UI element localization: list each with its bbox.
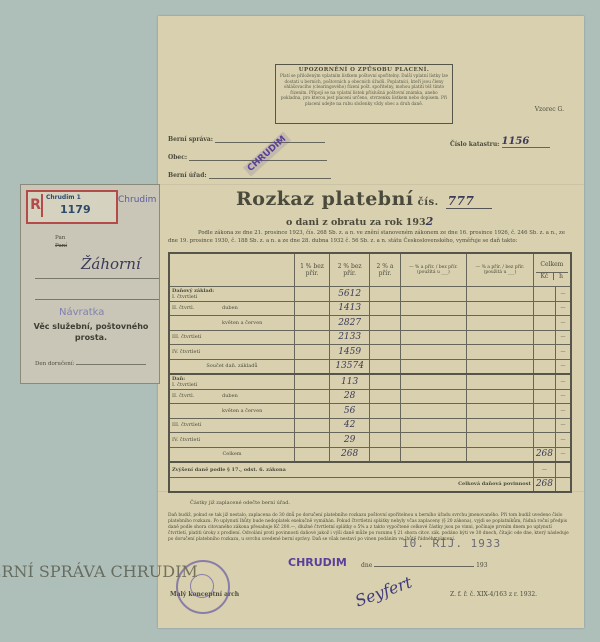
berni-sprava-field: Berní správa: (168, 136, 325, 143)
header-other-rate-1: — % a přír. / bez přír. (použitá u ___) (400, 253, 467, 287)
celkova-label: Celková daňová povinnost (458, 481, 531, 487)
h-dash: — (556, 330, 572, 345)
row-label: Součet daň. základů (169, 359, 295, 374)
row-sublabel: květen a červen (222, 408, 262, 414)
zvyseni-value: — (533, 462, 555, 477)
h-dash: — (556, 359, 572, 374)
header-blank (169, 253, 295, 287)
number-label: čís. (418, 197, 439, 208)
header-total: Celkem Kč h (533, 253, 571, 287)
registered-r-icon: R (30, 194, 43, 217)
row-sublabel: duben (222, 393, 238, 399)
zvyseni-label: Zvýšení daně podle § 17., odst. 6. zákon… (172, 467, 286, 473)
header-h: h (553, 273, 568, 280)
year-suffix: 193 (476, 562, 487, 569)
tax-assessment-table: 1 % bez přír. 2 % bez přír. 2 % a přír. … (168, 252, 572, 493)
registered-place: Chrudim 1 (46, 194, 81, 201)
registered-number: 1179 (60, 203, 91, 216)
tax-payment-order-sheet: UPOZORNĚNÍ O ZPŮSOBU PLACENÍ. Platí se p… (158, 16, 584, 628)
dne-label: dne (361, 562, 372, 569)
celkova-value: 268 (533, 477, 555, 492)
round-stamp-text: BERNÍ SPRÁVA CHRUDIM (0, 562, 198, 581)
row-label: I. čtvrtletí (172, 382, 197, 388)
table-row: Daňový základ:I. čtvrtletí 5612— (169, 287, 571, 302)
row-label: II. čtvrtl. (172, 393, 222, 399)
row-label: Celkem (169, 447, 295, 462)
header-other-rate-2: — % a přír. / bez přír. (použitá u ___) (467, 253, 534, 287)
table-row: květen a červen 56— (169, 404, 571, 419)
header-2pct: 2 % bez přír. (330, 253, 370, 287)
table-row: Celková daňová povinnost 268 (169, 477, 571, 492)
table-row: II. čtvrtl.duben 28— (169, 389, 571, 404)
subtitle-text: o dani z obratu za rok 193 (286, 217, 426, 228)
delivery-date-field: Den doručení: (35, 361, 146, 367)
h-dash: — (556, 418, 572, 433)
zaklad-sum-value: 13574 (330, 359, 370, 374)
dan-q3-value: 42 (330, 418, 370, 433)
row-label: II. čtvrtl. (172, 305, 222, 311)
payment-method-notice: UPOZORNĚNÍ O ZPŮSOBU PLACENÍ. Platí se p… (275, 64, 453, 124)
pani-label: Paní (55, 243, 67, 249)
header-total-label: Celkem (536, 261, 568, 268)
dan-q1-value: 113 (330, 374, 370, 389)
zaklad-q1-value: 5612 (330, 287, 370, 302)
table-row: IV. čtvrtletí 1459— (169, 345, 571, 360)
form-model-label: Vzorec G. (535, 106, 564, 113)
registered-label: R Chrudim 1 1179 (26, 190, 118, 224)
zaklad-q2-april-value: 1413 (330, 301, 370, 316)
dan-q2-april-value: 28 (330, 389, 370, 404)
row-label: III. čtvrtletí (169, 418, 295, 433)
berni-sprava-label: Berní správa: (168, 136, 213, 143)
header-2pct-pir: 2 % a přír. (370, 253, 400, 287)
date-line: dne 193 (361, 562, 488, 569)
date-stamp: 10. ŘÍJ. 1933 (402, 537, 501, 550)
h-dash: — (556, 345, 572, 360)
obec-label: Obec: (168, 154, 187, 161)
table-row: Daň:I. čtvrtletí 113— (169, 374, 571, 389)
zaklad-q4-value: 1459 (330, 345, 370, 360)
zaklad-q2-may-june-value: 2827 (330, 316, 370, 331)
table-row: IV. čtvrtletí 29— (169, 433, 571, 448)
cislo-katastru-value: 1156 (502, 136, 550, 148)
cislo-katastru-label: Číslo katastru: (450, 141, 499, 148)
table-row: Zvýšení daně podle § 17., odst. 6. zákon… (169, 462, 571, 477)
return-receipt-slip: R Chrudim 1 1179 Chrudim Pan Paní Žáhorn… (20, 184, 160, 384)
order-number: 777 (446, 194, 493, 209)
row-label: I. čtvrtletí (172, 294, 197, 300)
divider (35, 299, 159, 300)
delivery-date-label: Den doručení: (35, 361, 74, 367)
table-row: Celkem 268268— (169, 447, 571, 462)
form-reference: Z. f. ř. č. XIX-4/163 z r. 1932. (450, 591, 537, 598)
paid-amounts-note: Částky již zaplacené odečte berní úřad. (168, 500, 568, 506)
h-dash: — (556, 374, 572, 389)
document-subtitle: o dani z obratu za rok 1932 (286, 215, 433, 228)
official-matter-text: Věc služební, poštovného prosta. (21, 321, 161, 343)
h-dash: — (556, 447, 572, 462)
header-kc: Kč (536, 273, 553, 280)
navratka-stamp: Návratka (59, 307, 104, 318)
row-sublabel: květen a červen (222, 320, 262, 326)
recipient-name: Žáhorní (81, 255, 141, 273)
payment-instructions: Daň budiž, pokud se tak již nestalo, zap… (168, 513, 572, 543)
place-stamp: CHRUDIM (288, 556, 347, 569)
dan-q4-value: 29 (330, 433, 370, 448)
table-row: III. čtvrtletí 2133— (169, 330, 571, 345)
cislo-katastru-field: Číslo katastru: 1156 (450, 136, 550, 148)
table-row: Součet daň. základů 13574— (169, 359, 571, 374)
table-row: III. čtvrtletí 42— (169, 418, 571, 433)
notice-body: Platí se přiloženým vplatním lístkem poš… (280, 73, 448, 106)
dan-total-kc: 268 (533, 447, 555, 462)
zaklad-q3-value: 2133 (330, 330, 370, 345)
pan-label: Pan (55, 235, 65, 241)
row-label: III. čtvrtletí (169, 330, 295, 345)
round-office-stamp: BERNÍ SPRÁVA CHRUDIM (176, 560, 230, 614)
header-1pct: 1 % bez přír. (295, 253, 330, 287)
year-digit: 2 (426, 215, 434, 228)
h-dash: — (556, 287, 572, 302)
row-sublabel: duben (222, 305, 238, 311)
dan-total-value: 268 (330, 447, 370, 462)
row-label: IV. čtvrtletí (169, 433, 295, 448)
city-stamp: Chrudim (118, 195, 156, 205)
obec-field: Obec: (168, 154, 327, 161)
h-dash: — (556, 404, 572, 419)
document-title: Rozkaz platebníčís. 777 (236, 188, 492, 210)
table-row: květen a červen 2827— (169, 316, 571, 331)
law-reference-text: Podle zákona ze dne 21. prosince 1923, č… (168, 230, 568, 245)
divider (35, 278, 159, 279)
row-label: IV. čtvrtletí (169, 345, 295, 360)
berni-urad-label: Berní úřad: (168, 172, 207, 179)
h-dash: — (556, 389, 572, 404)
dan-q2-may-june-value: 56 (330, 404, 370, 419)
table-row: II. čtvrtl.duben 1413— (169, 301, 571, 316)
h-dash: — (556, 433, 572, 448)
h-dash: — (556, 301, 572, 316)
title-text: Rozkaz platební (236, 188, 414, 210)
paid-amounts-text: Částky již zaplacené odečte berní úřad. (190, 500, 290, 506)
h-dash: — (556, 316, 572, 331)
